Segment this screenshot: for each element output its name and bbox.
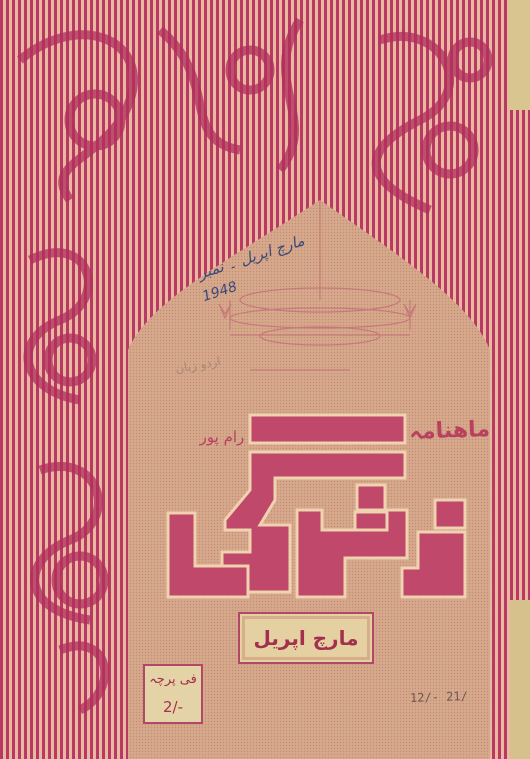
issue-months-box: مارچ اپریل	[238, 612, 374, 664]
price-value: 2/-	[145, 698, 201, 716]
price-label: فی پرچہ	[145, 672, 201, 687]
issue-months: مارچ اپریل	[240, 626, 372, 650]
magazine-cover: رام پور ماهنامہ مارچ اپریل ۔ نمبر 1948 ا…	[0, 0, 530, 759]
monthly-label: ماهنامہ	[430, 417, 491, 444]
city-label: رام پور	[192, 428, 252, 446]
price-box: فی پرچہ 2/-	[143, 664, 203, 724]
annual-subscription-note: 12/- 21/	[410, 689, 468, 705]
torn-edge-top	[508, 0, 530, 110]
torn-edge-bottom	[510, 600, 530, 759]
